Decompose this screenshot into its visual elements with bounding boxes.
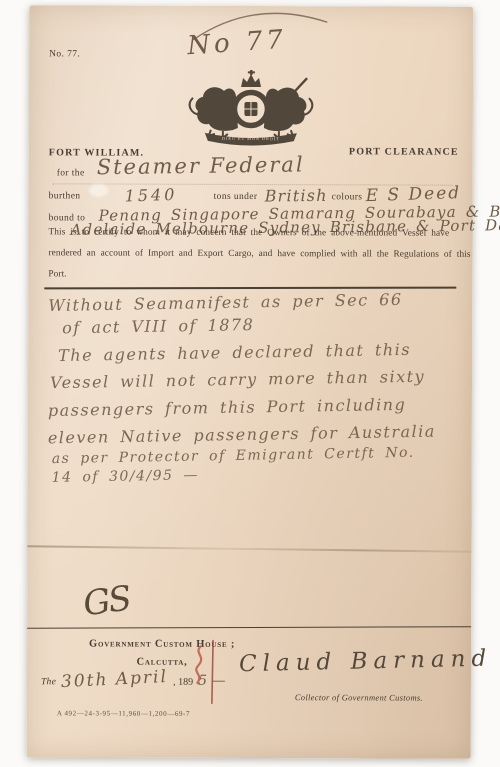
document-type: PORT CLEARANCE: [349, 146, 459, 157]
clerk-initials: GS: [81, 579, 132, 625]
certification-line1: This is to certify to whom it may concer…: [49, 227, 450, 238]
printers-code: A 492—24-3-95—11,960—1,200—69-7: [57, 709, 190, 717]
manuscript-line: as per Protector of Emigrant Certft No.: [52, 445, 415, 467]
manuscript-line: passengers from this Port including: [48, 395, 407, 420]
date-prefix: The: [41, 677, 56, 687]
tons-under-label: tons under: [214, 192, 258, 202]
vessel-name-value: Steamer Federal: [97, 152, 305, 179]
royal-coat-of-arms-icon: DIEU ET MON DROIT: [171, 70, 331, 149]
manuscript-line: Without Seamanifest as per Sec 66: [48, 290, 403, 315]
certification-line3: Port.: [48, 269, 66, 279]
form-number: No. 77.: [49, 49, 80, 59]
date-handwritten: 30th April: [61, 667, 169, 692]
svg-text:DIEU ET MON DROIT: DIEU ET MON DROIT: [222, 136, 280, 141]
flag-value: British: [265, 186, 328, 206]
document-sheet: No. 77. No 77 DIEU: [27, 5, 474, 759]
for-the-label: for the: [57, 168, 85, 178]
collector-signature: Claud Barnand: [239, 646, 493, 678]
colours-label: colours: [332, 192, 363, 202]
manuscript-line: Vessel will not carry more than sixty: [50, 367, 425, 393]
fold-crease: [27, 545, 471, 552]
paper-damage-spot: [91, 185, 107, 195]
signatory-title: Collector of Government Customs.: [259, 692, 459, 703]
burthen-label: burthen: [49, 191, 81, 201]
red-pencil-mark: [177, 638, 227, 710]
office-name: Government Custom House ;: [67, 638, 257, 650]
handwritten-number: No 77: [186, 25, 288, 62]
separator-rule: [44, 287, 456, 289]
manuscript-line: The agents have declared that this: [58, 340, 411, 365]
manuscript-line: 14 of 30/4/95 —: [52, 467, 200, 486]
manuscript-line: of act VIII of 1878: [62, 315, 254, 337]
manuscript-line: eleven Native passengers for Australia: [48, 422, 436, 448]
footer-rule: [27, 626, 471, 629]
burthen-value: 1540: [124, 185, 177, 206]
certification-line2: rendered an account of Import and Export…: [48, 248, 470, 259]
